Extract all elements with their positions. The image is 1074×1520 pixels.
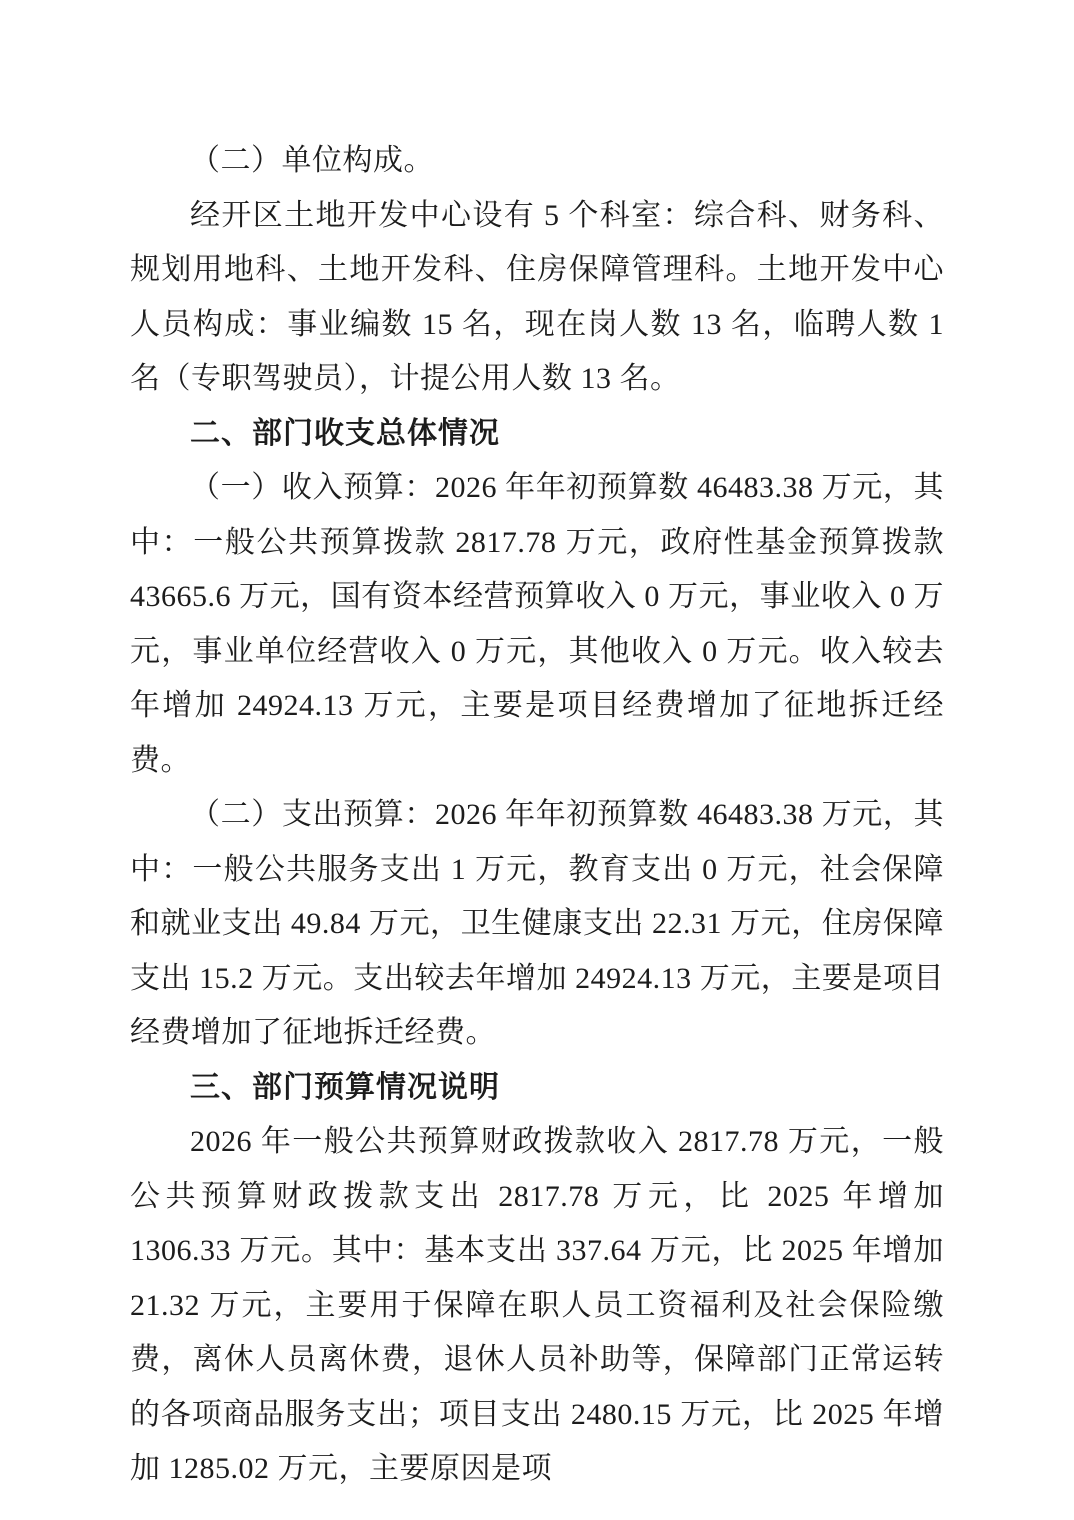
section-heading-budget-explanation: 三、部门预算情况说明 <box>130 1061 944 1116</box>
paragraph-expense-budget: （二）支出预算：2026 年年初预算数 46483.38 万元，其中：一般公共服… <box>130 788 944 1061</box>
document-body: （二）单位构成。 经开区土地开发中心设有 5 个科室：综合科、财务科、规划用地科… <box>130 134 944 1497</box>
paragraph-unit-composition-detail: 经开区土地开发中心设有 5 个科室：综合科、财务科、规划用地科、土地开发科、住房… <box>130 189 944 407</box>
paragraph-budget-explanation-detail: 2026 年一般公共预算财政拨款收入 2817.78 万元，一般公共预算财政拨款… <box>130 1115 944 1497</box>
section-heading-revenue-expense-overview: 二、部门收支总体情况 <box>130 407 944 462</box>
document-page: （二）单位构成。 经开区土地开发中心设有 5 个科室：综合科、财务科、规划用地科… <box>0 0 1074 1520</box>
paragraph-revenue-budget: （一）收入预算：2026 年年初预算数 46483.38 万元，其中：一般公共预… <box>130 461 944 788</box>
paragraph-unit-composition-heading: （二）单位构成。 <box>130 134 944 189</box>
